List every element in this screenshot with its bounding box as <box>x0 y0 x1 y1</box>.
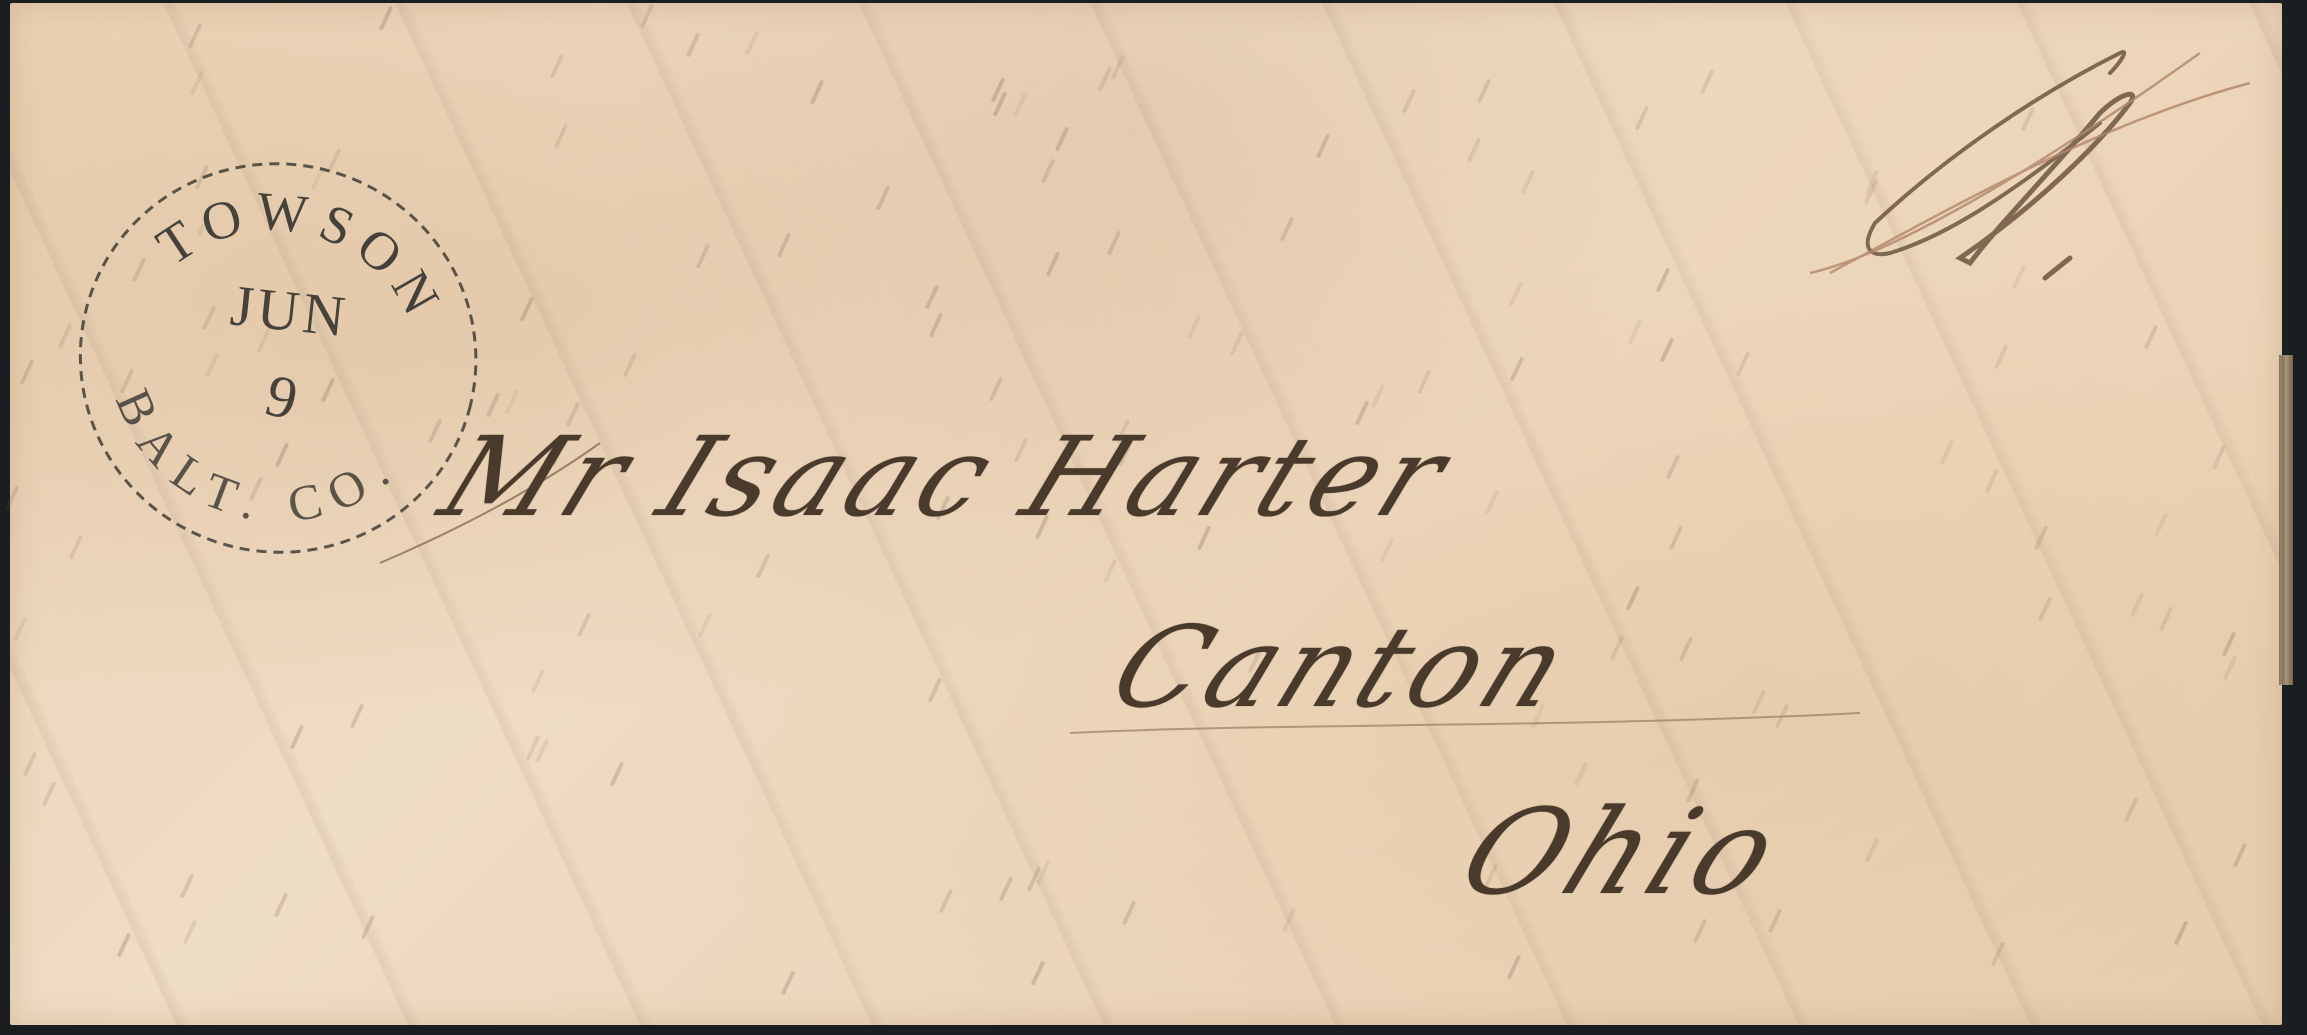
bleed-dash <box>610 761 625 786</box>
torn-edge-strip <box>2279 355 2293 685</box>
bleed-dash <box>1736 351 1751 376</box>
bleed-dash <box>993 91 1008 116</box>
bleed-dash <box>526 735 541 760</box>
bleed-dash <box>183 919 198 944</box>
bleed-dash <box>1013 92 1028 117</box>
bleed-dash <box>5 485 20 510</box>
bleed-dash <box>810 79 825 104</box>
bleed-dash <box>69 534 84 559</box>
manuscript-rate-marking: 20, <box>1800 33 2270 323</box>
bleed-dash <box>577 612 592 637</box>
bleed-dash <box>1282 907 1297 932</box>
bleed-dash <box>1477 78 1492 103</box>
bleed-dash <box>1628 319 1643 344</box>
addressee-name: Mr Isaac Harter <box>424 413 1470 541</box>
bleed-dash <box>1865 837 1880 862</box>
bleed-dash <box>1693 918 1708 943</box>
bleed-dash <box>989 376 1004 401</box>
bleed-dash <box>550 53 565 78</box>
bleed-dash <box>781 970 796 995</box>
bleed-dash <box>640 3 655 28</box>
bleed-dash <box>180 873 195 898</box>
bleed-dash <box>777 232 792 257</box>
bleed-dash <box>1380 537 1395 562</box>
bleed-dash <box>991 77 1006 102</box>
bleed-dash <box>1098 66 1113 91</box>
envelope-cover: TOWSON BALT. CO. JUN 9 20, Mr Isaac Hart… <box>10 3 2282 1025</box>
bleed-dash <box>1122 900 1137 925</box>
bleed-dash <box>1187 314 1202 339</box>
bleed-dash <box>1994 344 2009 369</box>
bleed-dash <box>1940 439 1955 464</box>
bleed-dash <box>925 284 940 309</box>
bleed-dash <box>1669 525 1684 550</box>
bleed-dash <box>1656 267 1671 292</box>
bleed-dash <box>696 243 711 268</box>
bleed-dash <box>745 30 760 55</box>
bleed-dash <box>1985 468 2000 493</box>
bleed-dash <box>1521 169 1536 194</box>
bleed-dash <box>2159 606 2174 631</box>
bleed-dash <box>1509 281 1524 306</box>
address-state: Ohio <box>1442 783 1803 921</box>
bleed-dash <box>999 876 1014 901</box>
bleed-dash <box>1700 69 1715 94</box>
bleed-dash <box>1679 636 1694 661</box>
bleed-dash <box>1280 216 1295 241</box>
bleed-dash <box>1055 126 1070 151</box>
bleed-dash <box>2038 596 2053 621</box>
bleed-dash <box>1467 137 1482 162</box>
bleed-dash <box>1660 337 1675 362</box>
bleed-dash <box>1402 88 1417 113</box>
bleed-dash <box>1103 558 1118 583</box>
bleed-dash <box>190 70 205 95</box>
bleed-dash <box>1991 941 2006 966</box>
bleed-dash <box>623 352 638 377</box>
bleed-dash <box>1041 158 1056 183</box>
bleed-dash <box>20 359 35 384</box>
bleed-dash <box>23 751 38 776</box>
bleed-dash <box>350 703 365 728</box>
bleed-dash <box>1230 330 1245 355</box>
bleed-dash <box>2144 324 2159 349</box>
bleed-dash <box>686 32 701 57</box>
bleed-dash <box>554 123 569 148</box>
bleed-dash <box>1626 585 1641 610</box>
bleed-dash <box>535 738 550 763</box>
bleed-dash <box>2212 444 2227 469</box>
bleed-dash <box>1768 908 1783 933</box>
bleed-dash <box>188 23 203 48</box>
bleed-dash <box>1027 866 1042 891</box>
bleed-dash <box>1111 54 1126 79</box>
bleed-dash <box>2154 512 2169 537</box>
bleed-dash <box>1775 703 1790 728</box>
bleed-dash <box>2124 797 2139 822</box>
bleed-dash <box>42 781 57 806</box>
bleed-dash <box>928 677 943 702</box>
bleed-dash <box>876 185 891 210</box>
bleed-dash <box>117 932 132 957</box>
bleed-dash <box>1507 954 1522 979</box>
bleed-dash <box>2130 592 2145 617</box>
bleed-dash <box>1510 356 1525 381</box>
bleed-dash <box>1417 369 1432 394</box>
bleed-dash <box>1031 960 1046 985</box>
bleed-dash <box>2233 842 2248 867</box>
bleed-dash <box>1316 133 1331 158</box>
bleed-dash <box>2034 525 2049 550</box>
bleed-dash <box>274 892 289 917</box>
bleed-dash <box>520 296 535 321</box>
address-city: Canton <box>1094 603 1592 733</box>
bleed-dash <box>505 389 520 414</box>
bleed-dash <box>1485 489 1500 514</box>
bleed-dash <box>1610 635 1625 660</box>
bleed-dash <box>1752 689 1767 714</box>
bleed-dash <box>939 888 954 913</box>
bleed-dash <box>929 312 944 337</box>
bleed-dash <box>756 553 771 578</box>
bleed-dash <box>1635 105 1650 130</box>
bleed-dash <box>1036 860 1051 885</box>
bleed-dash <box>1666 454 1681 479</box>
bleed-dash <box>2174 920 2189 945</box>
bleed-dash <box>361 914 376 939</box>
bleed-dash <box>1371 383 1386 408</box>
bleed-dash <box>290 724 305 749</box>
bleed-dash <box>379 5 394 30</box>
bleed-dash <box>698 612 713 637</box>
bleed-dash <box>13 616 28 641</box>
bleed-dash <box>1046 251 1061 276</box>
bleed-dash <box>1107 230 1122 255</box>
bleed-dash <box>2222 631 2237 656</box>
bleed-dash <box>2223 655 2238 680</box>
bleed-dash <box>531 668 546 693</box>
